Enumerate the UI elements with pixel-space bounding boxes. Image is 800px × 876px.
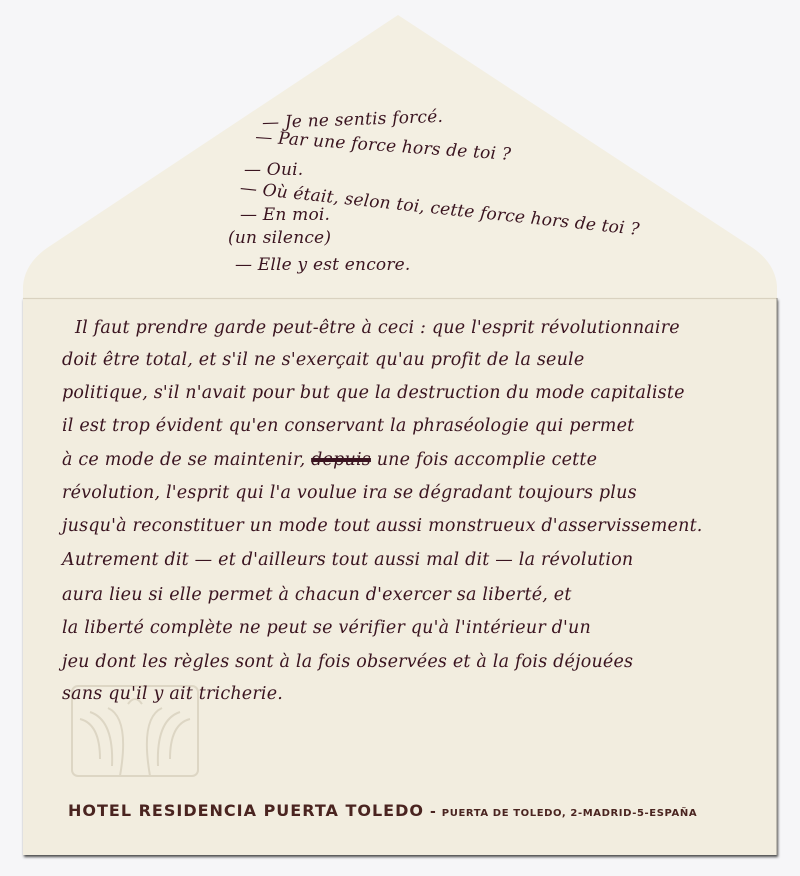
flap-line: (un silence)	[228, 228, 331, 248]
body-line: révolution, l'esprit qui l'a voulue ira …	[62, 483, 637, 503]
hotel-name: HOTEL RESIDENCIA PUERTA TOLEDO	[68, 801, 424, 820]
hotel-address: PUERTA DE TOLEDO, 2-MADRID-5-ESPAÑA	[442, 808, 697, 819]
body-text: une fois accomplie cette	[377, 450, 597, 470]
body-line: à ce mode de se maintenir, depuis une fo…	[62, 450, 597, 470]
body-line: Il faut prendre garde peut-être à ceci :…	[75, 318, 680, 338]
flap-line: — Elle y est encore.	[235, 255, 411, 275]
body-text: à ce mode de se maintenir,	[62, 450, 305, 470]
struck-word: depuis	[311, 450, 371, 470]
body-line: politique, s'il n'avait pour but que la …	[62, 383, 685, 403]
letterhead-separator: -	[430, 804, 436, 820]
body-line: Autrement dit — et d'ailleurs tout aussi…	[62, 550, 633, 570]
body-line: la liberté complète ne peut se vérifier …	[62, 618, 591, 638]
body-line: sans qu'il y ait tricherie.	[62, 684, 283, 704]
body-line: doit être total, et s'il ne s'exerçait q…	[62, 350, 584, 370]
body-line: jusqu'à reconstituer un mode tout aussi …	[62, 516, 703, 536]
body-line: aura lieu si elle permet à chacun d'exer…	[62, 585, 572, 605]
letterhead: HOTEL RESIDENCIA PUERTA TOLEDO - PUERTA …	[68, 801, 697, 820]
body-line: jeu dont les règles sont à la fois obser…	[62, 652, 633, 672]
body-line: il est trop évident qu'en conservant la …	[62, 416, 634, 436]
envelope: — Je ne sentis forcé. — Par une force ho…	[0, 0, 800, 876]
flap-line: — En moi.	[240, 205, 330, 225]
flap-line: — Oui.	[244, 160, 303, 180]
